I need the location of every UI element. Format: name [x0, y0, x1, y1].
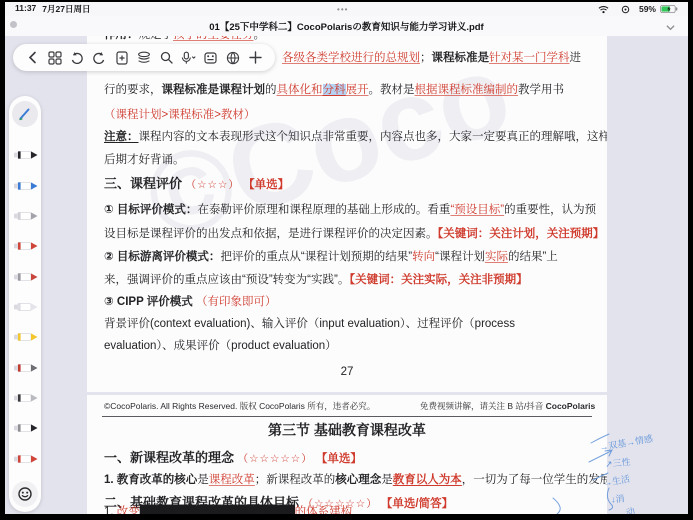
eraser-white[interactable] — [12, 299, 38, 309]
add-icon[interactable] — [247, 49, 265, 67]
multitask-indicator: ••• — [337, 5, 348, 14]
app-window: 11:37 7月27日周日 ••• 59% 01【25下中学科二】CocoPol… — [5, 2, 688, 514]
handwriting-annotation: ↗三性 — [604, 455, 631, 471]
search-icon[interactable] — [157, 49, 175, 67]
back-icon[interactable] — [23, 49, 41, 67]
annotation-layer: →双基→情感↗三性→生活↓消→动 — [5, 36, 688, 514]
pencil-gray[interactable] — [12, 208, 38, 218]
title-bar: 01【25下中学科二】CocoPolarisの教育知识与能力学习讲义.pdf — [5, 16, 688, 36]
pen-black[interactable] — [12, 147, 38, 157]
status-date: 7月27日周日 — [42, 3, 90, 15]
active-tool-pencil-blue[interactable] — [12, 101, 38, 127]
sticker-emoji-button[interactable] — [12, 481, 38, 507]
floating-toolbar — [13, 44, 275, 71]
pencil-red[interactable] — [12, 451, 38, 461]
document-title: 01【25下中学科二】CocoPolarisの教育知识与能力学习讲义.pdf — [209, 19, 483, 33]
voice-icon[interactable] — [180, 49, 198, 67]
status-bar: 11:37 7月27日周日 ••• 59% — [5, 2, 688, 16]
handwriting-annotation: ↓消 — [611, 492, 625, 506]
window-control-dot — [10, 21, 17, 28]
status-time: 11:37 — [15, 3, 36, 15]
pen-list — [12, 127, 38, 481]
highlighter-yellow[interactable] — [12, 329, 38, 339]
redo-icon[interactable] — [90, 49, 108, 67]
add-page-icon[interactable] — [113, 49, 131, 67]
stack-icon[interactable] — [135, 49, 153, 67]
pen-toolbox — [9, 96, 41, 512]
pen-red-gray[interactable] — [12, 360, 38, 370]
battery-percent: 59% — [639, 4, 656, 14]
fountain-pen[interactable] — [12, 390, 38, 400]
pdf-scroll-area[interactable]: ©Coco 作用：规定了孩子的主要任务。各级各类学校进行的总规划；课程标准是针对… — [5, 36, 688, 514]
web-icon[interactable] — [224, 49, 242, 67]
pages-grid-icon[interactable] — [46, 49, 64, 67]
undo-icon[interactable] — [68, 49, 86, 67]
handwriting-annotation: →双基→情感 — [598, 431, 653, 453]
pen-blue[interactable] — [12, 178, 38, 188]
handwriting-annotation: →生活 — [602, 472, 631, 489]
marker-red-cap[interactable] — [12, 269, 38, 279]
handwriting-annotation: →动 — [616, 504, 637, 514]
media-icon[interactable] — [202, 49, 220, 67]
screenshot-root: 11:37 7月27日周日 ••• 59% 01【25下中学科二】CocoPol… — [0, 0, 693, 520]
marker-red[interactable] — [12, 238, 38, 248]
pen-black-2[interactable] — [12, 420, 38, 430]
